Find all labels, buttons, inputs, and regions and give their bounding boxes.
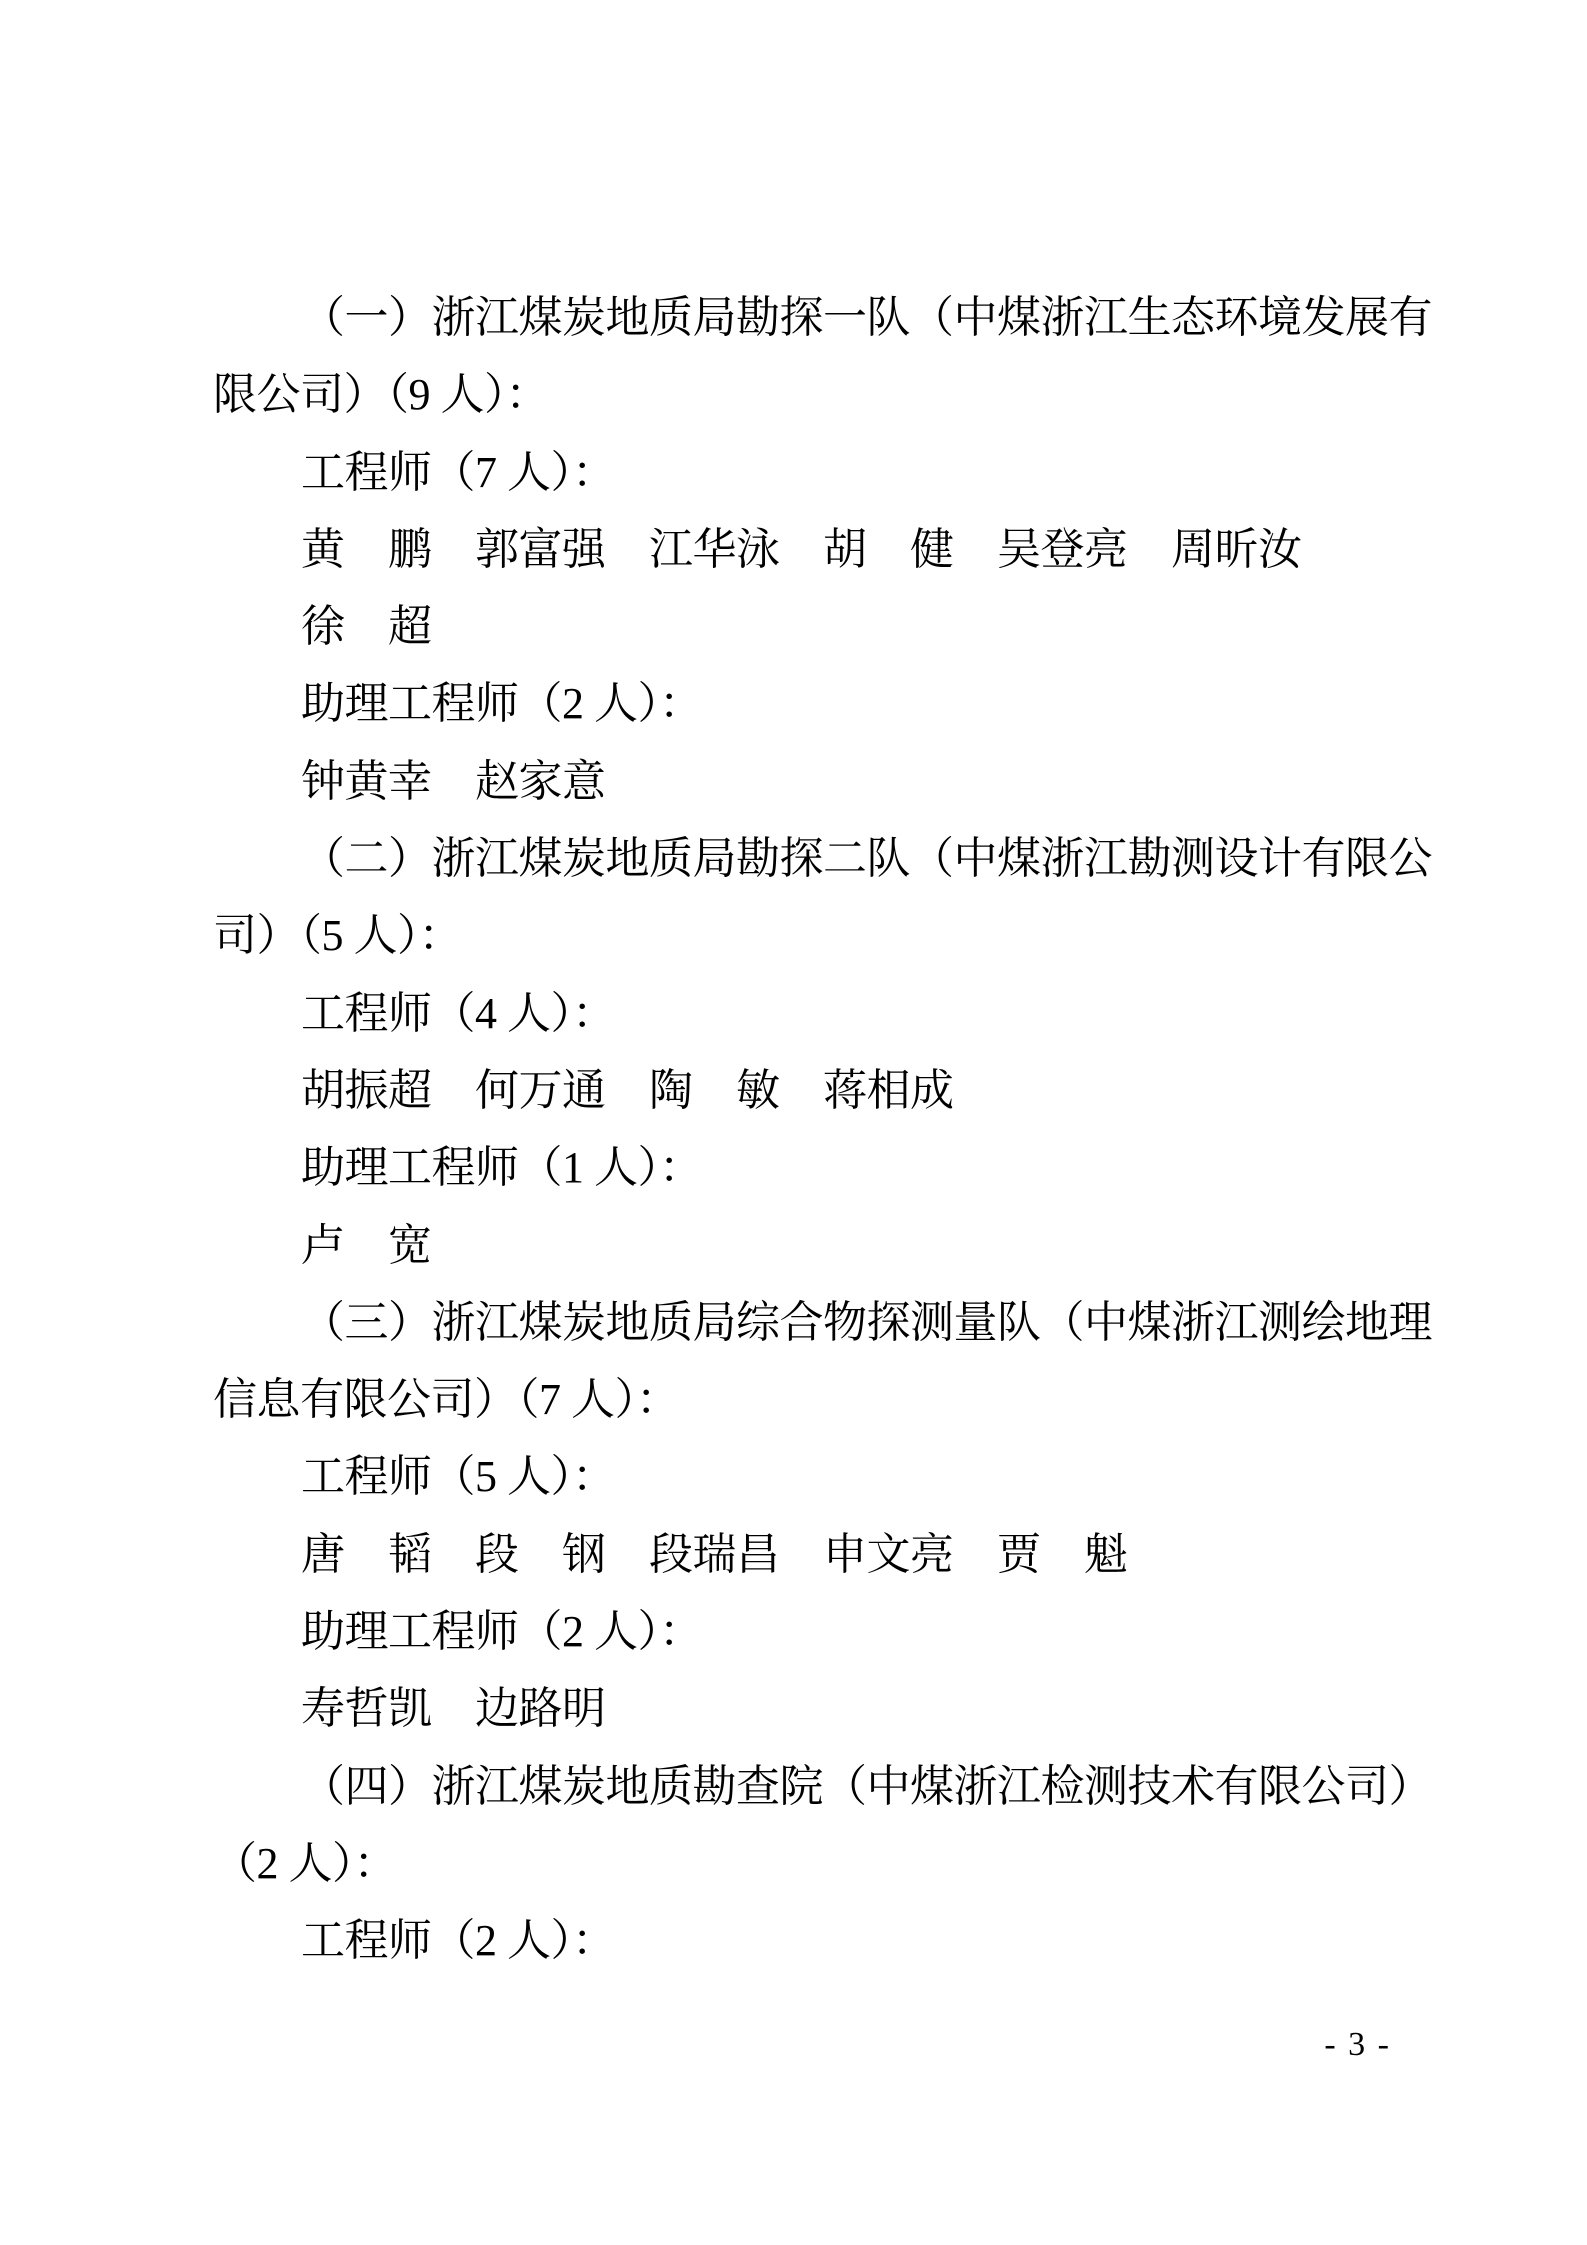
text-line: 限公司）（9 人）： [213,356,1453,433]
text-line: 胡振超 何万通 陶 敏 蒋相成 [213,1052,1453,1129]
text-line: 工程师（4 人）： [213,975,1453,1052]
text-line: 钟黄幸 赵家意 [213,743,1453,820]
text-line: 工程师（5 人）： [213,1438,1453,1515]
text-line: 寿哲凯 边路明 [213,1670,1453,1747]
text-line: 黄 鹏 郭富强 江华泳 胡 健 吴登亮 周昕汝 [213,511,1453,588]
text-line: 信息有限公司）（7 人）： [213,1361,1453,1438]
text-line: （四）浙江煤炭地质勘查院（中煤浙江检测技术有限公司） [213,1748,1453,1825]
text-line: （一）浙江煤炭地质局勘探一队（中煤浙江生态环境发展有 [213,279,1453,356]
text-line: （二）浙江煤炭地质局勘探二队（中煤浙江勘测设计有限公 [213,820,1453,897]
text-line: 司）（5 人）： [213,897,1453,974]
text-line: 助理工程师（2 人）： [213,1593,1453,1670]
text-line: （三）浙江煤炭地质局综合物探测量队（中煤浙江测绘地理 [213,1284,1453,1361]
document-body: （一）浙江煤炭地质局勘探一队（中煤浙江生态环境发展有限公司）（9 人）：工程师（… [213,279,1453,1980]
text-line: （2 人）： [213,1825,1453,1902]
text-line: 徐 超 [213,588,1453,665]
text-line: 工程师（2 人）： [213,1902,1453,1979]
text-line: 工程师（7 人）： [213,434,1453,511]
text-line: 助理工程师（2 人）： [213,665,1453,742]
text-line: 唐 韬 段 钢 段瑞昌 申文亮 贾 魁 [213,1516,1453,1593]
page-number: - 3 - [1324,2026,1391,2064]
text-line: 卢 宽 [213,1207,1453,1284]
text-line: 助理工程师（1 人）： [213,1129,1453,1206]
document-page: （一）浙江煤炭地质局勘探一队（中煤浙江生态环境发展有限公司）（9 人）：工程师（… [0,0,1587,2245]
